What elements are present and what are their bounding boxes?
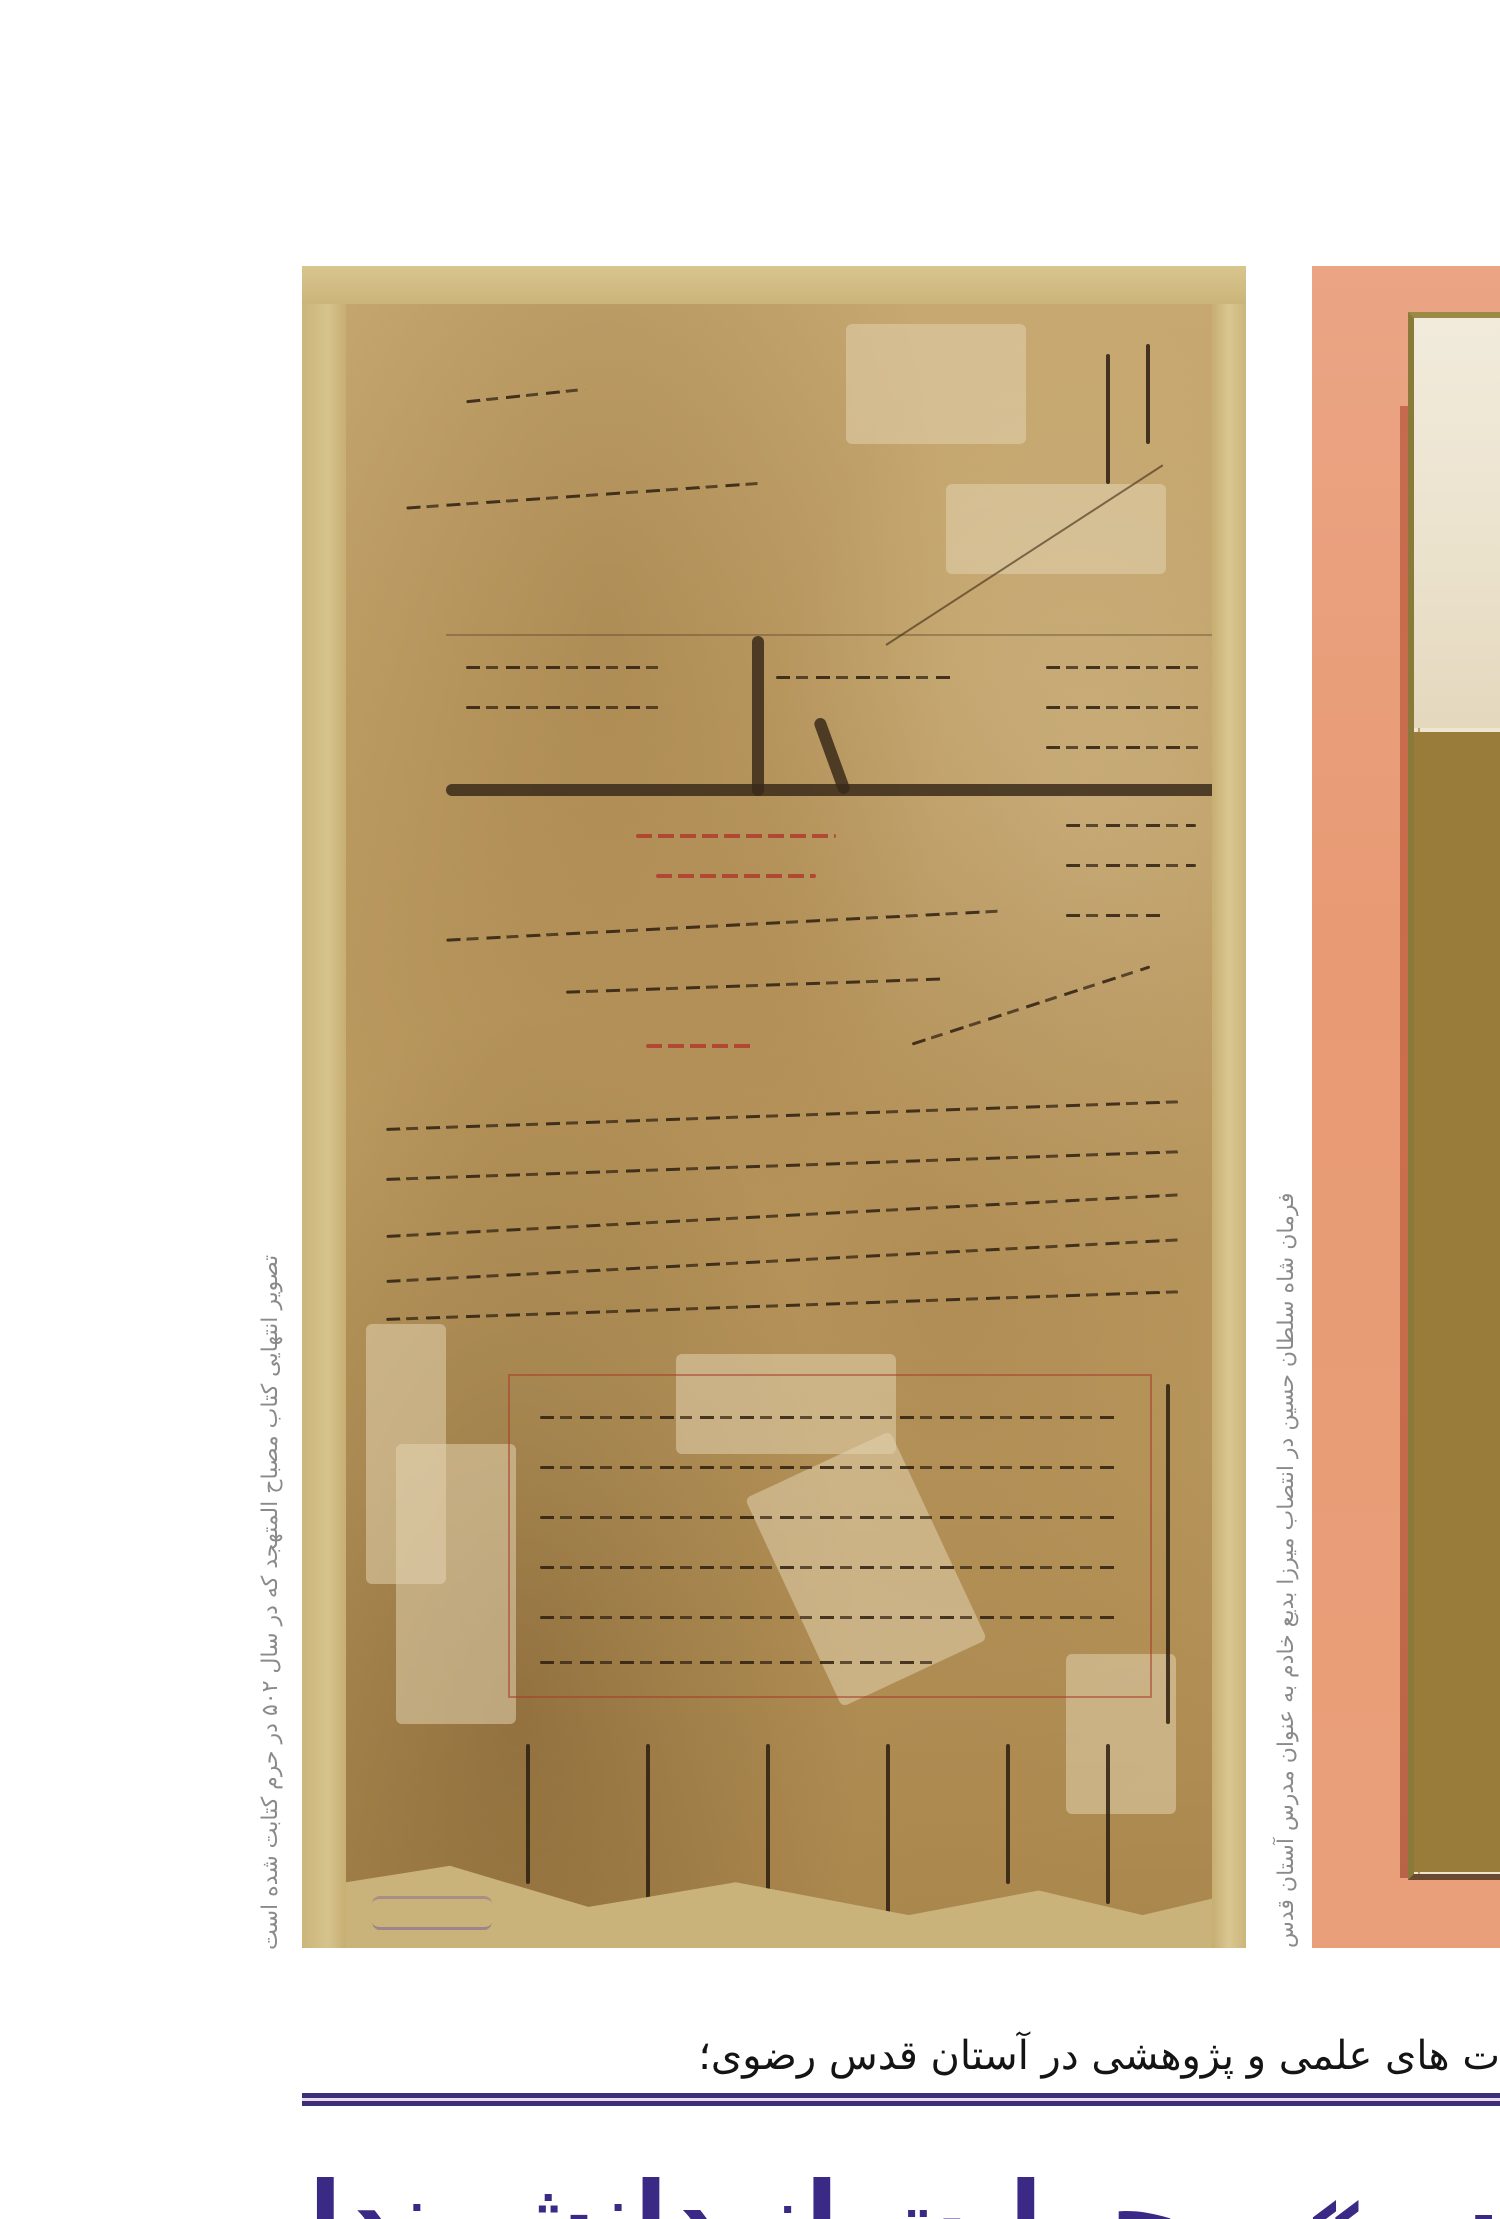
handwriting-vertical [766,1744,770,1894]
handwriting-line [1066,824,1196,827]
article-subtitle: ت های علمی و پژوهشی در آستان قدس رضوی؛ [300,2028,1500,2084]
firman-photo-right: ۱۱۳۳ [1312,266,1500,1948]
handwriting-line [466,666,666,669]
handwriting-line [466,706,666,709]
repair-patch [946,484,1166,574]
mount-strip-top [302,266,1246,304]
handwriting-line [386,1193,1185,1238]
repair-patch [396,1444,516,1724]
handwriting-vertical [886,1744,890,1914]
handwriting-vertical [1006,1744,1010,1884]
ruled-text-box [508,1374,1152,1698]
handwriting-vertical [646,1744,650,1904]
article-headline: س» و حمایت از دانشمندان [300,2142,1500,2219]
library-stamp [372,1896,492,1930]
handwriting-line [386,1290,1186,1321]
handwriting-vertical [1146,344,1150,444]
handwriting-line [386,1100,1186,1131]
red-ornament-line [646,1044,756,1048]
manuscript-photo-left [302,266,1246,1948]
handwriting-line [1066,914,1166,917]
handwriting-line [566,977,946,993]
firman-gilded-body: ۱۱۳۳ [1414,732,1500,1872]
handwriting-vertical [526,1744,530,1884]
handwriting-line [1046,666,1206,669]
handwriting-line [540,1616,1120,1619]
title-block [446,634,1236,806]
handwriting-line [540,1566,1120,1569]
handwriting-line [540,1516,1120,1519]
figure-caption-right: فرمان شاه سلطان حسین در انتصاب میرزا بدی… [1274,918,1308,1948]
manuscript-page [346,304,1212,1948]
handwriting-line [466,388,586,404]
mount-strip-right [1212,266,1246,1948]
handwriting-line [776,676,956,679]
handwriting-line [540,1466,1120,1469]
handwriting-line [540,1416,1120,1419]
handwriting-line [912,965,1151,1045]
red-heading-line [636,834,836,838]
firman-blank-header [1414,318,1500,728]
figure-caption-left: تصویر انتهایی کتاب مصباح المتهجد که در س… [258,1010,292,1950]
handwriting-line [1066,864,1196,867]
handwriting-line [386,1238,1185,1283]
title-vertical-stroke [752,636,764,796]
handwriting-vertical [1106,354,1110,484]
handwriting-vertical [1106,1744,1110,1904]
handwriting-line [540,1661,940,1664]
double-rule-divider [302,2093,1500,2107]
handwriting-line [386,1150,1186,1181]
mount-strip-left [302,266,346,1948]
repair-patch [846,324,1026,444]
handwriting-line [446,909,1005,941]
rule-band-bottom [302,2101,1500,2106]
handwriting-line [1046,746,1206,749]
handwriting-line [406,481,765,509]
handwriting-line [1046,706,1206,709]
red-heading-line [656,874,816,878]
margin-vertical-note [1166,1384,1170,1724]
firman-red-edge [1400,406,1408,1878]
